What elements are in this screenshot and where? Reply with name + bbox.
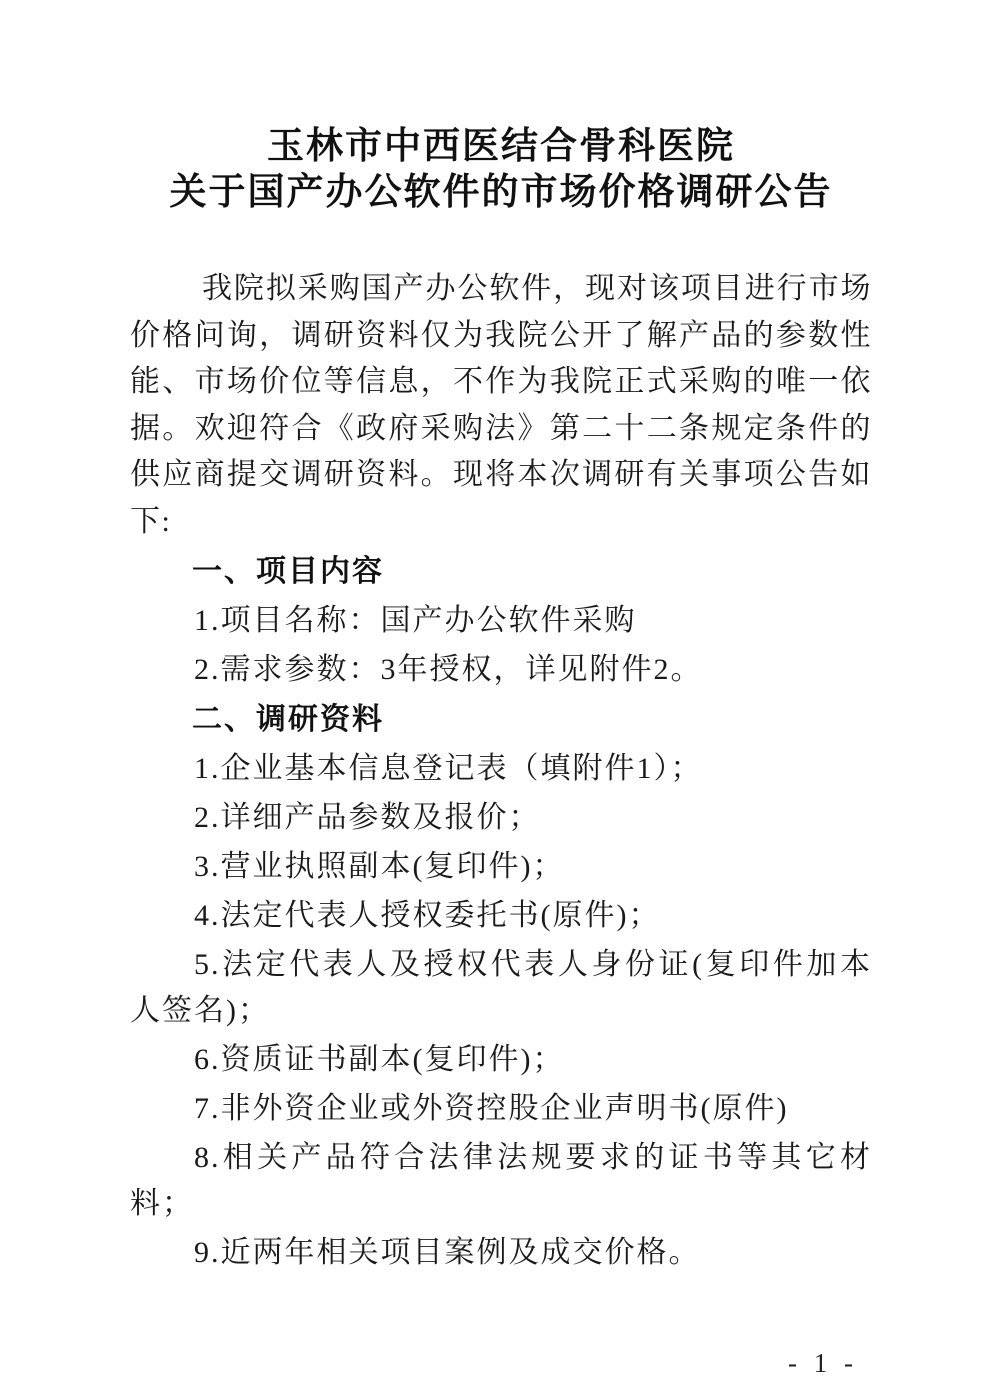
section-2-item-3: 3.营业执照副本(复印件)； bbox=[130, 844, 872, 890]
section-2-item-2: 2.详细产品参数及报价； bbox=[130, 795, 872, 841]
section-1-heading: 一、项目内容 bbox=[130, 549, 872, 595]
section-2-item-8: 8.相关产品符合法律法规要求的证书等其它材料； bbox=[130, 1135, 872, 1227]
section-2-item-5: 5.法定代表人及授权代表人身份证(复印件加本人签名)； bbox=[130, 942, 872, 1034]
title-line-2: 关于国产办公软件的市场价格调研公告 bbox=[130, 170, 872, 216]
title-line-1: 玉林市中西医结合骨科医院 bbox=[130, 124, 872, 170]
section-1-item-1: 1.项目名称：国产办公软件采购 bbox=[130, 598, 872, 644]
intro-paragraph: 我院拟采购国产办公软件，现对该项目进行市场价格问询，调研资料仅为我院公开了解产品… bbox=[130, 266, 872, 545]
section-2-item-6: 6.资质证书副本(复印件)； bbox=[130, 1037, 872, 1083]
section-2-heading: 二、调研资料 bbox=[130, 697, 872, 743]
section-1-item-2: 2.需求参数：3年授权，详见附件2。 bbox=[130, 647, 872, 693]
document-content: 玉林市中西医结合骨科医院 关于国产办公软件的市场价格调研公告 我院拟采购国产办公… bbox=[130, 0, 872, 1279]
page-number: - 1 - bbox=[788, 1348, 858, 1379]
document-title: 玉林市中西医结合骨科医院 关于国产办公软件的市场价格调研公告 bbox=[130, 124, 872, 216]
section-2-item-1: 1.企业基本信息登记表（填附件1）； bbox=[130, 746, 872, 792]
document-page: 玉林市中西医结合骨科医院 关于国产办公软件的市场价格调研公告 我院拟采购国产办公… bbox=[0, 0, 1000, 1390]
section-2-item-9: 9.近两年相关项目案例及成交价格。 bbox=[130, 1230, 872, 1276]
section-2-item-4: 4.法定代表人授权委托书(原件)； bbox=[130, 893, 872, 939]
section-2-item-7: 7.非外资企业或外资控股企业声明书(原件) bbox=[130, 1086, 872, 1132]
